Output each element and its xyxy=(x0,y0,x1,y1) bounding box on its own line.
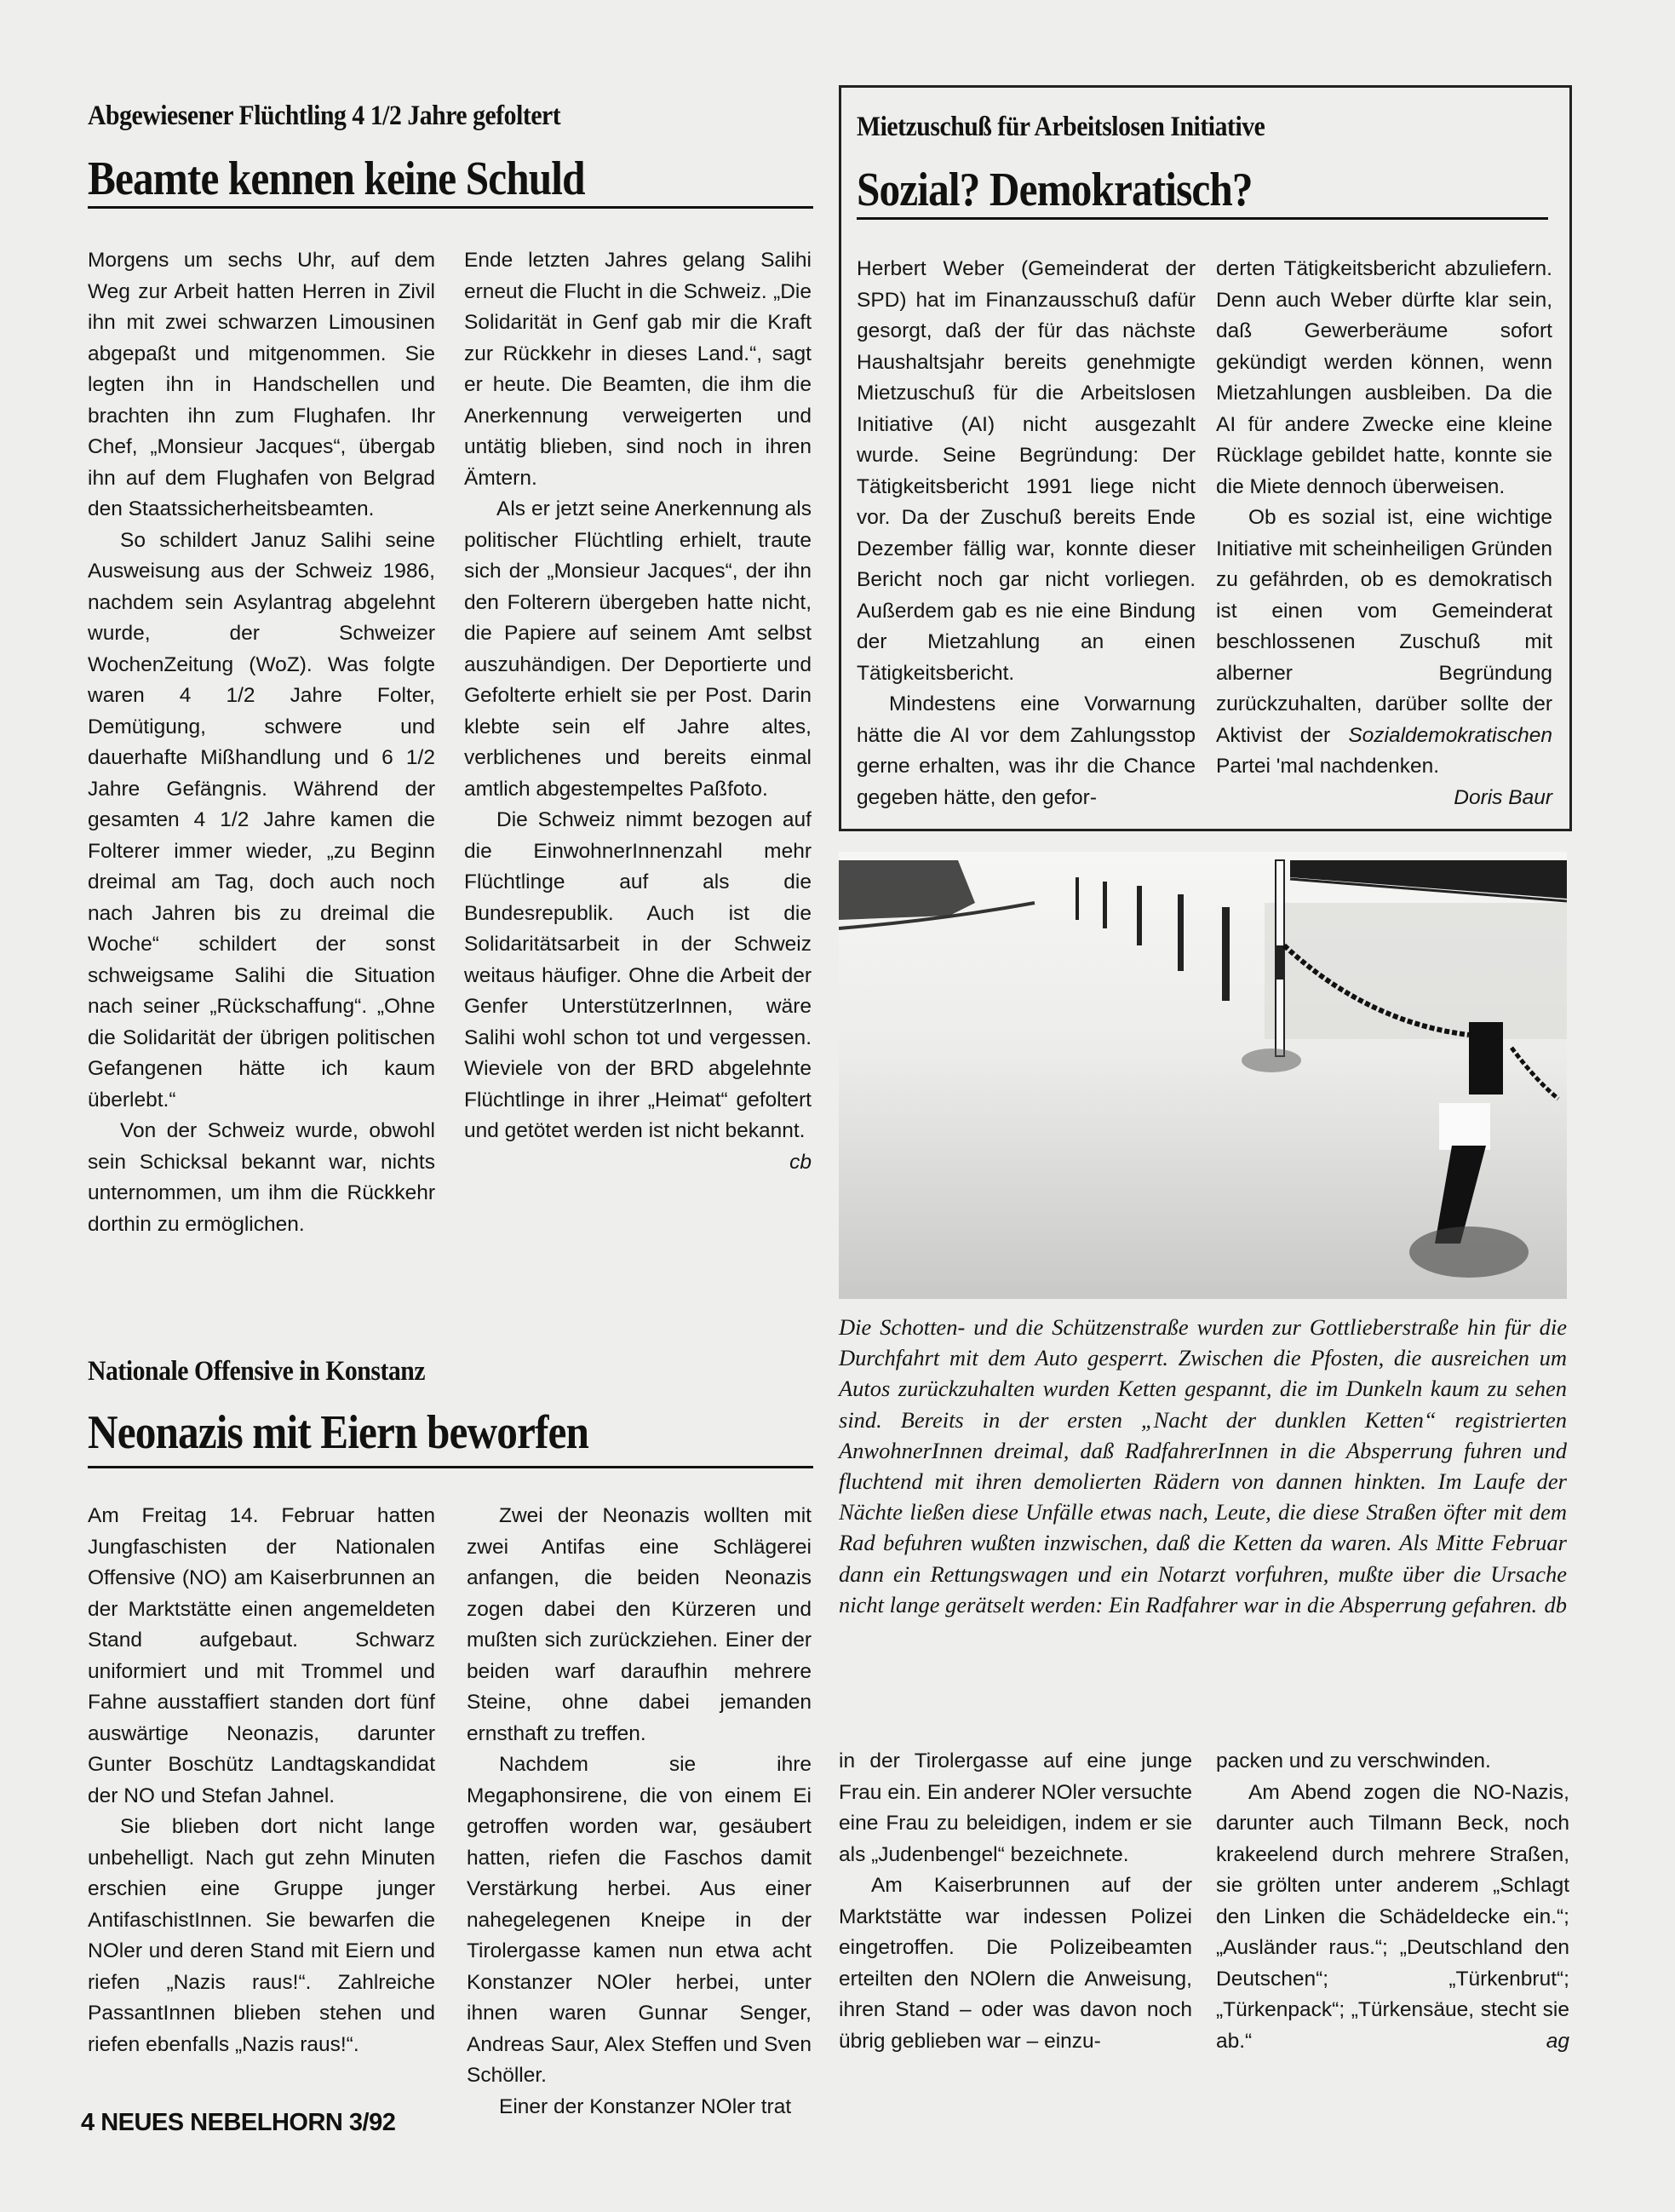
article3-kicker: Nationale Offensive in Konstanz xyxy=(88,1356,425,1388)
article3-column-2: Zwei der Neonazis wollten mit zwei Antif… xyxy=(467,1501,812,2123)
paragraph: packen und zu verschwinden. xyxy=(1216,1746,1569,1778)
paragraph: Am Freitag 14. Februar hatten Jungfaschi… xyxy=(88,1501,435,1812)
street-photo xyxy=(839,852,1567,1299)
article1-column-1: Morgens um sechs Uhr, auf dem Weg zur Ar… xyxy=(88,245,435,1240)
article2-signature: Doris Baur xyxy=(1421,783,1552,814)
paragraph: Mindestens eine Vorwarnung hätte die AI … xyxy=(857,689,1196,813)
page-number: 4 xyxy=(81,2109,95,2136)
page-footer: 4 NEUES NEBELHORN 3/92 xyxy=(81,2109,395,2137)
paragraph: So schildert Januz Salihi seine Ausweisu… xyxy=(88,526,435,1117)
paragraph: Am Kaiserbrunnen auf der Marktstätte war… xyxy=(839,1870,1192,2057)
publication-name: NEUES NEBELHORN xyxy=(100,2109,342,2136)
paragraph: Ob es sozial ist, eine wichtige Initiati… xyxy=(1216,503,1552,783)
article1-rule xyxy=(88,206,813,209)
street-photo-image xyxy=(839,852,1567,1299)
paragraph: Als er jetzt seine Anerkennung als polit… xyxy=(464,494,812,805)
paragraph: Nachdem sie ihre Megaphonsirene, die von… xyxy=(467,1749,812,2092)
paragraph: Morgens um sechs Uhr, auf dem Weg zur Ar… xyxy=(88,245,435,526)
issue-number: 3/92 xyxy=(349,2109,395,2136)
article1-column-2: Ende letzten Jahres gelang Salihi erneut… xyxy=(464,245,812,1178)
article2-kicker: Mietzuschuß für Arbeitslosen Initiative xyxy=(857,112,1265,143)
article3-headline: Neonazis mit Eiern beworfen xyxy=(88,1405,588,1460)
article1-signature: cb xyxy=(757,1147,812,1179)
paragraph: Am Abend zogen die NO-Nazis, darunter au… xyxy=(1216,1778,1569,2058)
article3-signature: ag xyxy=(1514,2026,1569,2058)
article1-kicker: Abgewiesener Flüchtling 4 1/2 Jahre gefo… xyxy=(88,101,560,132)
article3-column-4: packen und zu verschwinden. Am Abend zog… xyxy=(1216,1746,1569,2057)
article3-column-3: in der Tirolergasse auf eine junge Frau … xyxy=(839,1746,1192,2057)
paragraph: Die Schweiz nimmt bezogen auf die Einwoh… xyxy=(464,805,812,1147)
paragraph: Sie blieben dort nicht lange unbehelligt… xyxy=(88,1812,435,2060)
article2-column-2: derten Tätigkeitsbericht abzuliefern. De… xyxy=(1216,254,1552,813)
paragraph: Ende letzten Jahres gelang Salihi erneut… xyxy=(464,245,812,494)
paragraph: Zwei der Neonazis wollten mit zwei Antif… xyxy=(467,1501,812,1749)
article2-headline: Sozial? Demokratisch? xyxy=(857,163,1253,217)
article2-rule xyxy=(857,217,1548,220)
paragraph: Von der Schweiz wurde, obwohl sein Schic… xyxy=(88,1116,435,1240)
photo-signature: db xyxy=(1545,1589,1568,1620)
photo-caption: Die Schotten- und die Schützenstraße wur… xyxy=(839,1312,1567,1620)
paragraph: Herbert Weber (Gemeinderat der SPD) hat … xyxy=(857,254,1196,689)
article3-column-1: Am Freitag 14. Februar hatten Jungfaschi… xyxy=(88,1501,435,2060)
article1-headline: Beamte kennen keine Schuld xyxy=(88,152,585,206)
article2-box: Mietzuschuß für Arbeitslosen Initiative … xyxy=(839,85,1572,831)
paragraph: derten Tätigkeitsbericht abzuliefern. De… xyxy=(1216,254,1552,503)
article2-column-1: Herbert Weber (Gemeinderat der SPD) hat … xyxy=(857,254,1196,813)
article3-rule xyxy=(88,1466,813,1468)
paragraph: Einer der Konstanzer NOler trat xyxy=(467,2092,812,2123)
paragraph: in der Tirolergasse auf eine junge Frau … xyxy=(839,1746,1192,1870)
